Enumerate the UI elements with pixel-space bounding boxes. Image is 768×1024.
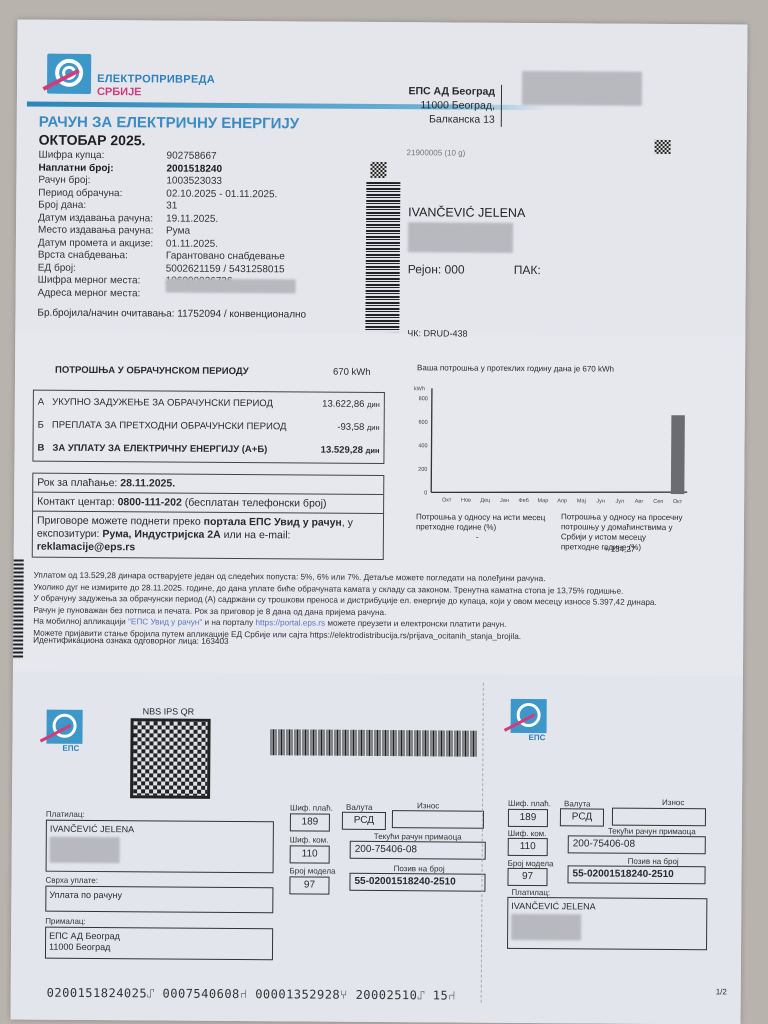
info-label: Место издавања рачуна: [38,225,166,238]
purpose-box: Уплата по рачуну [45,886,273,914]
due-date-label: Рок за плаћање: [37,477,117,490]
summary-row: АУКУПНО ЗАДУЖЕЊЕ ЗА ОБРАЧУНСКИ ПЕРИОД13.… [34,391,384,416]
summary-letter: В [37,443,44,460]
info-value: 1003523033 [166,176,222,189]
company-street: 11000 Београд, Балканска 13 [377,98,495,127]
complaint-line: Приговоре можете поднети преко портала Е… [33,512,383,559]
consumption-chart: kWh0200400600800ОктНовДецЈанФебМарАпрМај… [409,380,695,512]
svg-text:Мај: Мај [577,498,586,504]
eps-stub-logo-label: ЕПС [528,733,545,742]
summary-letter: Б [38,420,44,437]
summary-currency: дин [366,446,380,455]
payment-info-box: Рок за плаћање: 28.11.2025. Контакт цент… [32,473,385,560]
horizontal-barcode [270,729,478,756]
info-label: Шифра купца: [39,150,167,163]
redacted-address [166,279,296,294]
redacted-payer-address [50,837,120,863]
summary-currency: дин [367,423,380,432]
summary-text: ЗА УПЛАТУ ЗА ЕЛЕКТРИЧНУ ЕНЕРГИЈУ (А+Б) [52,443,267,462]
summary-label: ВЗА УПЛАТУ ЗА ЕЛЕКТРИЧНУ ЕНЕРГИЈУ (А+Б) [37,443,267,462]
stub-currency-field[interactable]: РСД [560,808,604,826]
eps-logo-icon [47,54,91,94]
svg-text:0: 0 [424,490,427,496]
stub-amount-label: Износ [662,798,684,807]
svg-text:Јул: Јул [616,499,625,505]
stub-currency-label: Валута [564,799,591,808]
complaint-text: Приговоре можете поднети преко [37,515,204,528]
stub-amount-field[interactable] [612,808,706,827]
summary-label: БПРЕПЛАТА ЗА ПРЕТХОДНИ ОБРАЧУНСКИ ПЕРИОД [38,420,287,439]
stub-model-field[interactable]: 97 [507,868,547,886]
recipient-chk: ЧК: DRUD-438 [407,328,467,338]
consumption-value: 670 kWh [333,367,371,378]
same-month-value: - [416,532,546,543]
amount-field[interactable] [392,810,484,829]
svg-text:Јан: Јан [500,498,509,504]
eps-slip-logo-label: ЕПС [62,744,79,753]
currency-field[interactable]: РСД [342,812,386,830]
svg-text:400: 400 [418,443,427,449]
average-comparison-value: + 134,27 [604,545,635,554]
stub-payer-name: IVANČEVIĆ JELENA [511,901,703,913]
invoice-paper: ЕЛЕКТРОПРИВРЕДА СРБИЈЕ ЕПС АД Београд 11… [11,19,748,1024]
invoice-notes: Уплатом од 13.529,28 динара остварујете … [33,570,657,643]
info-value: 19.11.2025. [166,213,218,226]
amount-label: Износ [417,801,439,810]
meter-info: Бр.бројила/начин очитавања: 11752094 / к… [37,308,306,321]
purpose-label: Сврха уплате: [45,876,98,885]
contact-line: Контакт центар: 0800-111-202 (бесплатан … [33,493,383,514]
recipient-slip-label: Прималац: [45,917,86,926]
complaint-text-3: или на e-mail: [221,529,291,541]
svg-text:Авг: Авг [635,499,644,505]
meter-value: 11752094 / конвенционално [177,309,306,321]
meter-label: Бр.бројила/начин очитавања: [37,308,174,320]
stub-model-code-label: Шиф. ком. [508,829,547,838]
info-value: 31 [166,201,177,214]
info-value: 01.11.2025. [166,238,218,251]
model-code-label: Шиф. ком. [290,835,329,844]
consumption-label: ПОТРОШЊА У ОБРАЧУНСКОМ ПЕРИОДУ [55,365,249,377]
stub-redacted-payer-address [511,914,581,940]
complaint-office: Рума, Индустријска 2А [102,528,220,541]
brand-name: ЕЛЕКТРОПРИВРЕДА [97,73,215,86]
info-label: Датум промета и акцизе: [38,237,166,250]
recipient-region: Рејон: 000 [408,262,465,276]
stub-model-code-field[interactable]: 110 [508,838,548,856]
svg-text:kWh: kWh [414,386,425,392]
invoice-title: РАЧУН ЗА ЕЛЕКТРИЧНУ ЕНЕРГИЈУ [39,114,299,133]
info-label: Број дана: [38,200,166,213]
currency-label: Валута [346,803,373,812]
recipient-pak: ПАК: [514,263,541,277]
due-date-value: 28.11.2025. [120,477,175,489]
eps-stub-logo-icon [511,699,547,733]
complaint-email-link[interactable]: reklamacije@eps.rs [37,541,135,554]
model-label: Број модела [290,866,336,875]
stub-pay-code-field[interactable]: 189 [508,809,548,827]
recipient-slip-box: ЕПС АД Београд 11000 Београд [45,927,273,961]
reference-field[interactable]: 55-02001518240-2510 [349,873,485,892]
info-value: 5002621159 / 5431258015 [166,263,285,276]
brand-country: СРБИЈЕ [97,86,142,98]
svg-text:Нов: Нов [461,498,471,504]
note-app-text-3: можете преузети и електронски платити ра… [325,619,506,629]
eps-app-link[interactable]: "ЕПС Увид у рачун" [128,617,202,627]
company-address: ЕПС АД Београд 11000 Београд, Балканска … [377,84,502,127]
summary-row: БПРЕПЛАТА ЗА ПРЕТХОДНИ ОБРАЧУНСКИ ПЕРИОД… [34,414,384,439]
stub-reference-field[interactable]: 55-02001518240-2510 [567,865,705,884]
stub-model-label: Број модела [508,859,554,868]
same-month-label: Потрошња у односу на исти месец претходн… [416,512,546,533]
summary-row: ВЗА УПЛАТУ ЗА ЕЛЕКТРИЧНУ ЕНЕРГИЈУ (А+Б)1… [33,437,383,462]
svg-text:Сеп: Сеп [653,499,663,505]
summary-amount-value: -93,58 [337,422,364,433]
info-value: 902758667 [167,151,217,164]
vertical-barcode [365,182,400,332]
svg-text:Окт: Окт [442,497,452,503]
summary-text: ПРЕПЛАТА ЗА ПРЕТХОДНИ ОБРАЧУНСКИ ПЕРИОД [52,420,287,439]
info-value: 2001518240 [166,163,222,176]
info-label: Адреса мерног места: [38,287,166,300]
nbs-ips-qr-code[interactable] [130,718,211,799]
portal-link[interactable]: https://portal.eps.rs [255,618,325,627]
payer-label: Платилац: [46,810,85,819]
svg-text:Феб: Феб [518,498,528,504]
company-name: ЕПС АД Београд [408,85,495,98]
ocr-line: 0200151824025⑀ 0007540608⑁ 00001352928⑂ … [47,986,456,1003]
stub-payer-box: IVANČEVIĆ JELENA [507,897,707,950]
svg-text:Дец: Дец [480,498,491,504]
svg-text:Јун: Јун [596,499,605,505]
chart-title: Ваша потрошња у протеклих годину дана је… [417,363,614,373]
redacted-block [522,71,642,106]
info-label: Шифра мерног места: [38,275,166,288]
summary-amount-value: 13.529,28 [321,445,363,456]
summary-currency: дин [367,400,380,409]
contact-phone: 0800-111-202 [118,496,182,508]
pay-code-field[interactable]: 189 [290,813,330,831]
info-value: 02.10.2025 - 01.11.2025. [166,188,277,201]
svg-text:200: 200 [418,467,427,473]
invoice-month: ОКТОБАР 2025. [39,132,146,149]
note-app-text: На мобилној апликацији [33,617,128,627]
due-date-line: Рок за плаћање: 28.11.2025. [33,474,383,495]
qr-label: NBS IPS QR [143,706,195,716]
redacted-recipient-address [408,222,513,253]
payer-name: IVANČEVIĆ JELENA [50,824,270,837]
payer-box: IVANČEVIĆ JELENA [46,820,274,874]
summary-amount-value: 13.622,86 [322,399,364,410]
info-label: Врста снабдевања: [38,250,166,263]
stub-reference-label: Позив на број [628,857,679,866]
note-app-text-2: и на порталу [202,618,255,627]
summary-letter: А [38,397,44,414]
info-label: ЕД број: [38,262,166,275]
svg-text:Окт: Окт [673,499,683,505]
summary-text: УКУПНО ЗАДУЖЕЊЕ ЗА ОБРАЧУНСКИ ПЕРИОД [52,397,273,416]
responsible-person-id: Идентификациона ознака одговорног лица: … [33,636,228,646]
recipient-name: IVANČEVIĆ JELENA [408,205,525,221]
stub-pay-code-label: Шиф. плаћ. [508,799,551,808]
contact-label: Контакт центар: [37,496,115,509]
summary-amount: 13.622,86 дин [322,399,380,416]
postal-code: 21900005 (10 g) [407,148,466,157]
complaint-portal-link[interactable]: портала ЕПС Увид у рачун [204,516,342,529]
summary-amount: 13.529,28 дин [321,445,380,462]
eps-slip-logo-icon [46,710,82,744]
info-label: Наплатни број: [38,162,166,175]
pay-code-label: Шиф. плаћ. [290,803,333,812]
info-label: Датум издавања рачуна: [38,212,166,225]
summary-label: АУКУПНО ЗАДУЖЕЊЕ ЗА ОБРАЧУНСКИ ПЕРИОД [38,397,273,416]
summary-amount: -93,58 дин [337,422,379,439]
model-code-field[interactable]: 110 [290,845,330,863]
amount-summary-box: АУКУПНО ЗАДУЖЕЊЕ ЗА ОБРАЧУНСКИ ПЕРИОД13.… [32,390,384,464]
side-barcode [13,559,24,659]
reference-label: Позив на број [394,864,445,873]
datamatrix-small-icon [370,162,386,178]
svg-text:Апр: Апр [557,498,567,504]
info-label: Рачун број: [38,175,166,188]
same-month-comparison: Потрошња у односу на исти месец претходн… [416,512,546,543]
contact-note: (бесплатан телефонски број) [185,497,327,510]
stub-account-field[interactable]: 200-75406-08 [568,835,706,854]
info-value: Гарантовано снабдевање [166,251,285,264]
page-number: 1/2 [716,987,727,996]
svg-text:Мар: Мар [538,498,549,504]
model-field[interactable]: 97 [289,876,329,894]
svg-text:800: 800 [419,396,428,402]
info-value: Рума [166,226,190,239]
stub-payer-label: Платилац: [511,888,550,897]
svg-text:600: 600 [418,420,427,426]
info-label: Период обрачуна: [38,187,166,200]
recipient-slip-line2: 11000 Београд [49,942,269,955]
datamatrix-icon [655,140,671,154]
account-field[interactable]: 200-75406-08 [350,841,486,860]
